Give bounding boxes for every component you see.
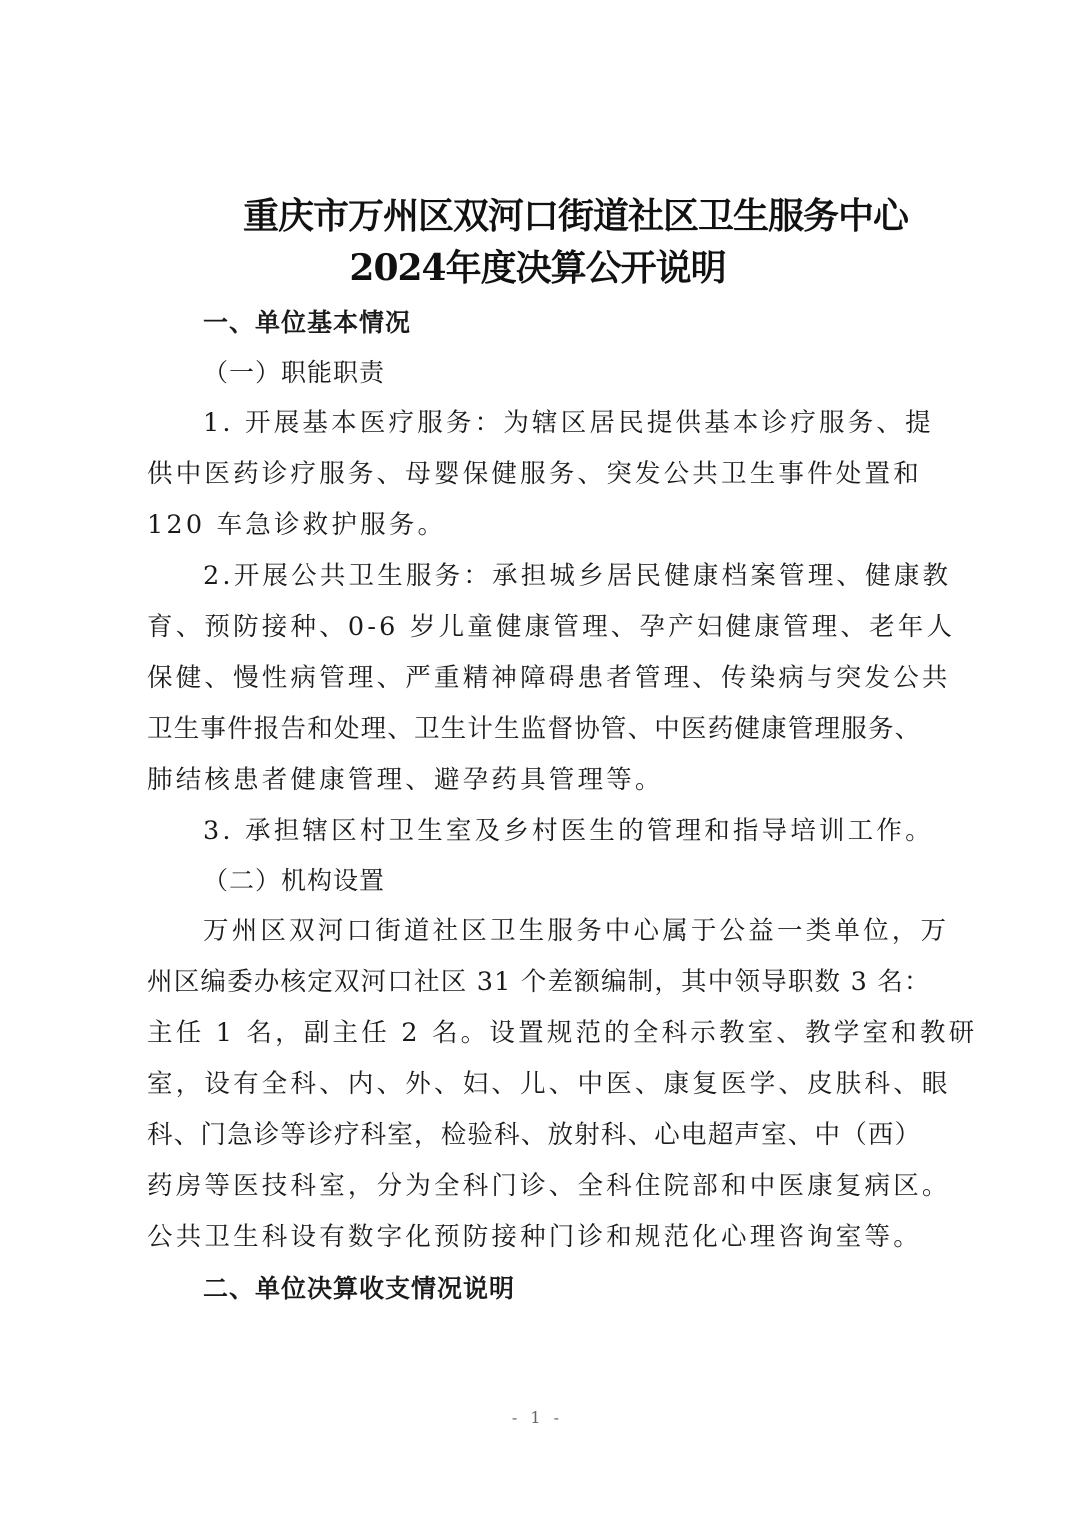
section-heading-2: 二、单位决算收支情况说明 [203,1272,515,1306]
paragraph-line: 室，设有全科、内、外、妇、儿、中医、康复医学、皮肤科、眼 [147,1067,951,1101]
document-title-line-2: 2024年度决算公开说明 [0,244,1075,292]
paragraph-line: 1. 开展基本医疗服务：为辖区居民提供基本诊疗服务、提 [203,406,934,440]
paragraph-line: 公共卫生科设有数字化预防接种门诊和规范化心理咨询室等。 [147,1220,922,1254]
paragraph-line: 科、门急诊等诊疗科室，检验科、放射科、心电超声室、中（西） [147,1118,921,1152]
paragraph-line: 肺结核患者健康管理、避孕药具管理等。 [147,763,664,797]
subsection-heading-functions: （一）职能职责 [203,356,385,390]
paragraph-line: 2.开展公共卫生服务：承担城乡居民健康档案管理、健康教 [203,559,951,593]
subsection-heading-organization: （二）机构设置 [203,864,385,898]
document-title-line-1: 重庆市万州区双河口街道社区卫生服务中心 [38,192,1075,240]
paragraph-line: 药房等医技科室，分为全科门诊、全科住院部和中医康复病区。 [147,1169,951,1203]
paragraph-line: 育、预防接种、0-6 岁儿童健康管理、孕产妇健康管理、老年人 [147,610,955,644]
page-number: - 1 - [0,1408,1075,1427]
paragraph-line: 卫生事件报告和处理、卫生计生监督协管、中医药健康管理服务、 [147,712,921,746]
section-heading-1: 一、单位基本情况 [203,306,411,340]
paragraph-line: 保健、慢性病管理、严重精神障碍患者管理、传染病与突发公共 [147,661,951,695]
paragraph-line: 3. 承担辖区村卫生室及乡村医生的管理和指导培训工作。 [203,814,934,848]
paragraph-line: 120 车急诊救护服务。 [147,508,446,542]
paragraph-line: 州区编委办核定双河口社区 31 个差额编制，其中领导职数 3 名： [147,965,931,999]
paragraph-line: 万州区双河口街道社区卫生服务中心属于公益一类单位，万 [203,914,949,948]
paragraph-line: 供中医药诊疗服务、母婴保健服务、突发公共卫生事件处置和 [147,457,922,491]
document-page: 重庆市万州区双河口街道社区卫生服务中心 2024年度决算公开说明 一、单位基本情… [0,0,1075,1520]
paragraph-line: 主任 1 名，副主任 2 名。设置规范的全科示教室、教学室和教研 [147,1016,977,1050]
